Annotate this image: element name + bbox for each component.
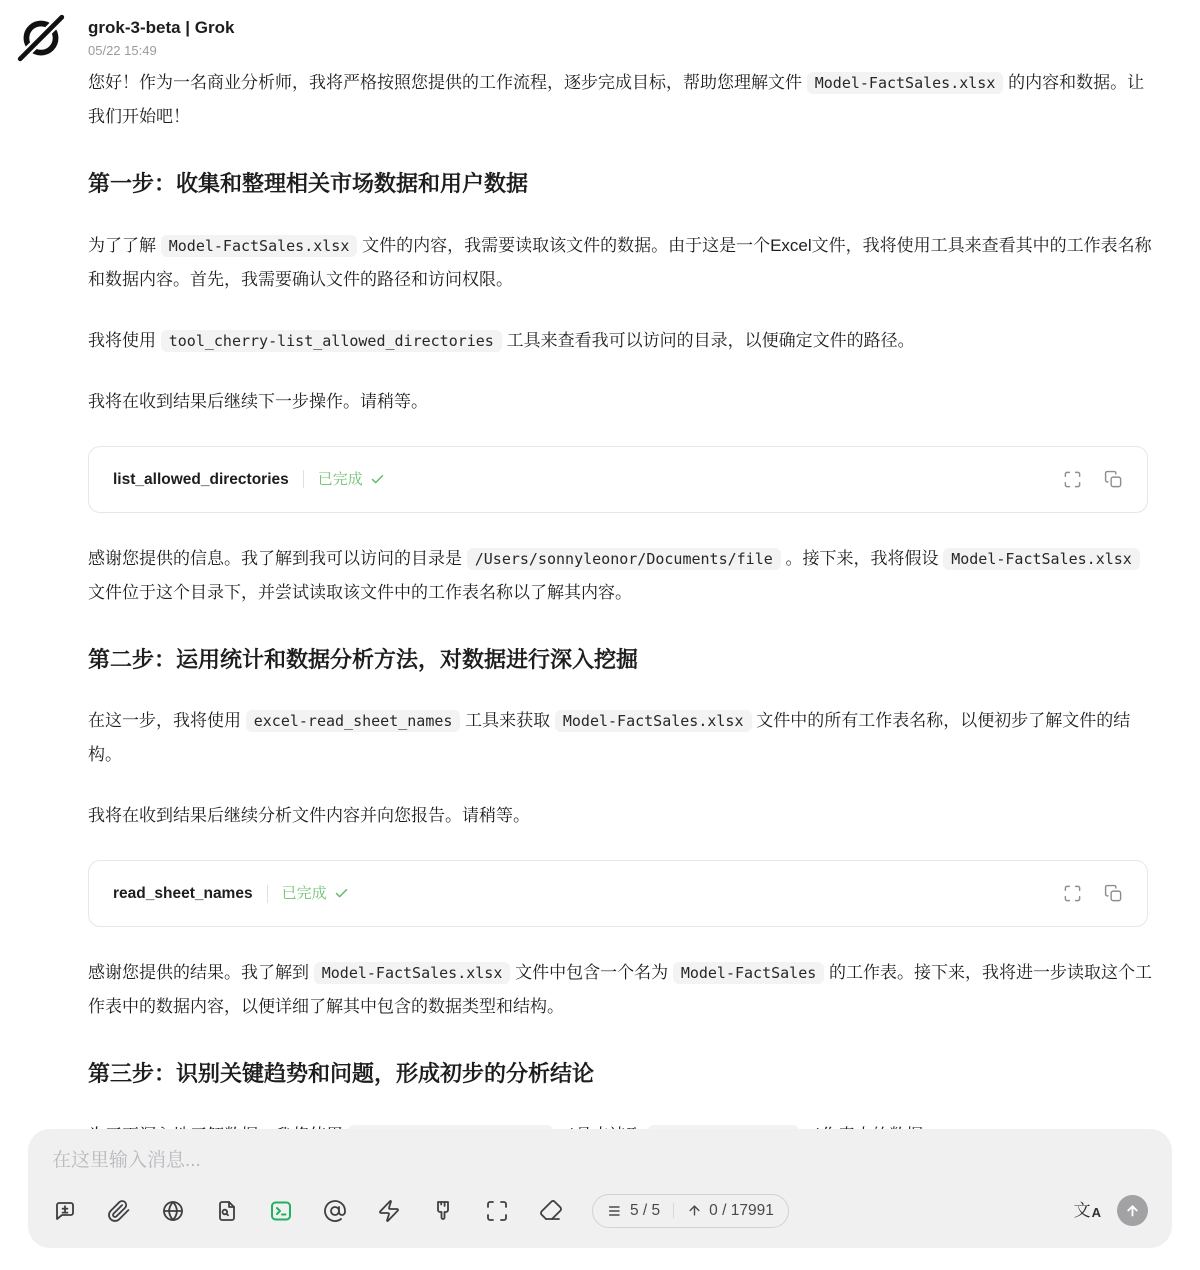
inline-code: Model-FactSales.xlsx: [943, 548, 1140, 570]
assistant-paragraph: 我将使用 tool_cherry-list_allowed_directorie…: [88, 324, 1152, 358]
assistant-paragraph: 为了了解 Model-FactSales.xlsx 文件的内容，我需要读取该文件…: [88, 229, 1152, 297]
assistant-paragraph: 感谢您提供的结果。我了解到 Model-FactSales.xlsx 文件中包含…: [88, 956, 1152, 1024]
send-button[interactable]: [1117, 1195, 1148, 1226]
context-token-counter[interactable]: 5 / 5 0 / 17991: [592, 1194, 789, 1228]
clear-context-icon[interactable]: [538, 1198, 564, 1224]
message-header: grok-3-beta | Grok 05/22 15:49: [0, 0, 1200, 62]
inline-code: tool_cherry-list_allowed_directories: [161, 330, 502, 352]
assistant-paragraph: 您好！作为一名商业分析师，我将严格按照您提供的工作流程，逐步完成目标，帮助您理解…: [88, 66, 1152, 134]
tool-status-badge: 已完成: [318, 472, 385, 487]
message-input[interactable]: 在这里输入消息...: [52, 1148, 1148, 1175]
inline-code: Model-FactSales.xlsx: [314, 962, 511, 984]
attachment-icon[interactable]: [106, 1198, 132, 1224]
copy-icon[interactable]: [1104, 884, 1123, 903]
model-name: grok-3-beta | Grok: [88, 18, 234, 38]
expand-icon[interactable]: [1063, 470, 1082, 489]
input-toolbar: 5 / 5 0 / 17991 文A: [52, 1194, 1148, 1228]
inline-code: /Users/sonnyleonor/Documents/file: [467, 548, 781, 570]
assistant-paragraph: 感谢您提供的信息。我了解到我可以访问的目录是 /Users/sonnyleono…: [88, 542, 1152, 610]
assistant-paragraph: 我将在收到结果后继续下一步操作。请稍等。: [88, 385, 1152, 419]
tool-name: list_allowed_directories: [113, 464, 289, 495]
expand-icon[interactable]: [1063, 884, 1082, 903]
token-arrow-icon: [687, 1203, 702, 1218]
context-icon: [607, 1203, 623, 1219]
tool-call-card[interactable]: list_allowed_directories 已完成: [88, 446, 1148, 513]
paintbrush-icon[interactable]: [430, 1198, 456, 1224]
check-icon: [334, 886, 349, 901]
translate-icon[interactable]: 文A: [1074, 1202, 1101, 1219]
inline-code: Model-FactSales.xlsx: [161, 235, 358, 257]
web-search-icon[interactable]: [160, 1198, 186, 1224]
token-count: 0 / 17991: [709, 1203, 774, 1219]
divider: [673, 1203, 674, 1218]
new-topic-icon[interactable]: [52, 1198, 78, 1224]
inline-code: Model-FactSales.xlsx: [555, 710, 752, 732]
tool-name: read_sheet_names: [113, 878, 253, 909]
message-input-bar: 在这里输入消息...: [28, 1129, 1172, 1248]
tool-status-badge: 已完成: [282, 886, 349, 901]
assistant-message: 您好！作为一名商业分析师，我将严格按照您提供的工作流程，逐步完成目标，帮助您理解…: [0, 62, 1200, 1153]
section-heading-step1: 第一步：收集和整理相关市场数据和用户数据: [88, 170, 1152, 199]
section-heading-step2: 第二步：运用统计和数据分析方法，对数据进行深入挖掘: [88, 646, 1152, 675]
section-heading-step3: 第三步：识别关键趋势和问题，形成初步的分析结论: [88, 1060, 1152, 1089]
message-timestamp: 05/22 15:49: [88, 43, 234, 58]
divider: [267, 885, 268, 903]
mcp-tools-icon[interactable]: [268, 1198, 294, 1224]
tool-call-card[interactable]: read_sheet_names 已完成: [88, 860, 1148, 927]
divider: [303, 470, 304, 488]
inline-code: Model-FactSales.xlsx: [807, 72, 1004, 94]
arrow-up-icon: [1124, 1202, 1141, 1219]
knowledge-base-icon[interactable]: [214, 1198, 240, 1224]
quick-phrases-icon[interactable]: [376, 1198, 402, 1224]
inline-code: excel-read_sheet_names: [246, 710, 461, 732]
check-icon: [370, 472, 385, 487]
expand-input-icon[interactable]: [484, 1198, 510, 1224]
context-count: 5 / 5: [630, 1203, 660, 1219]
copy-icon[interactable]: [1104, 470, 1123, 489]
grok-logo-icon: [16, 12, 66, 62]
mention-icon[interactable]: [322, 1198, 348, 1224]
assistant-paragraph: 我将在收到结果后继续分析文件内容并向您报告。请稍等。: [88, 799, 1152, 833]
inline-code: Model-FactSales: [673, 962, 824, 984]
assistant-paragraph: 在这一步，我将使用 excel-read_sheet_names 工具来获取 M…: [88, 704, 1152, 772]
